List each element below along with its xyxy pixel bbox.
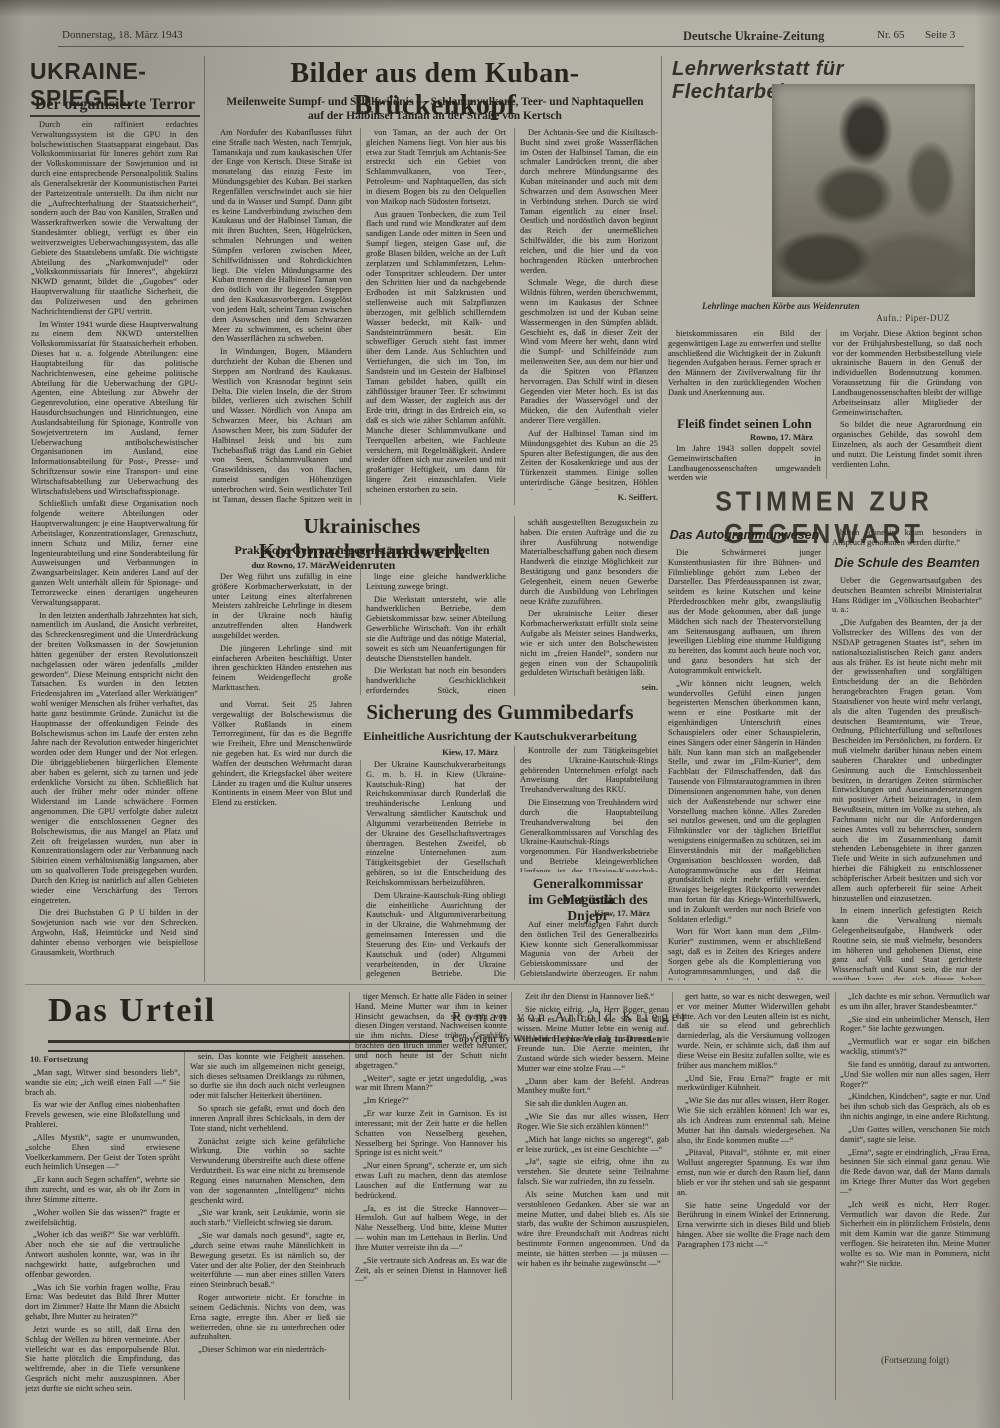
roman-column-3: tiger Mensch. Er hatte alle Fäden in sei… bbox=[355, 992, 507, 1404]
page-number: Seite 3 bbox=[925, 29, 955, 41]
autogramm-body: Die Schwärmerei junger Kunstenthusiasten… bbox=[668, 548, 821, 980]
kuban-column-3: Der Achtanis-See und die Kisiltasch-Buch… bbox=[520, 128, 658, 490]
column-rule bbox=[826, 329, 827, 479]
headline-gummibedarf: Sicherung des Gummibedarfs bbox=[348, 700, 652, 725]
flecht-column-1: bietskommissaren ein Bild der gegenwärti… bbox=[668, 329, 821, 413]
column-rule bbox=[204, 56, 205, 982]
roman-column-1: „Man sagt, Witwer sind besonders lieb“, … bbox=[25, 1068, 180, 1404]
korbmacher-column-2: linge eine gleiche handwerkliche Leistun… bbox=[366, 572, 506, 696]
gummibedarf-dateline: Kiew, 17. März bbox=[366, 747, 498, 757]
column-rule bbox=[511, 992, 512, 1400]
korbmacher-column-3: schäft ausgestellten Bezugsschein zu hab… bbox=[520, 518, 658, 680]
terror-article-tail: und Vorrat. Seit 25 Jahren vergewaltigt … bbox=[212, 700, 352, 980]
column-rule bbox=[360, 128, 361, 505]
fleiss-dateline: Rowno, 17. März bbox=[668, 432, 813, 442]
kuban-column-2: von Taman, an der auch der Ort gleichen … bbox=[366, 128, 506, 504]
roman-column-5: gert hatte, so war es nicht deswegen, we… bbox=[677, 992, 830, 1404]
gummibedarf-subtitle: Einheitliche Ausrichtung der Kautschukve… bbox=[348, 729, 652, 744]
photo-caption: Lehrlinge machen Körbe aus Weidenruten bbox=[702, 301, 962, 311]
section-rule bbox=[25, 984, 985, 985]
masthead: Deutsche Ukraine-Zeitung bbox=[683, 29, 824, 44]
column-rule bbox=[360, 565, 361, 695]
column-rule bbox=[661, 56, 662, 982]
gummibedarf-column-a: Der Ukraine Kautschukverarbeitungs G. m.… bbox=[366, 760, 506, 980]
roman-column-6: „Ich dachte es mir schon. Vermutlich war… bbox=[840, 992, 990, 1348]
roman-installment: 10. Fortsetzung bbox=[30, 1054, 88, 1064]
column-rule bbox=[349, 992, 350, 1400]
magunia-dateline: Kiew, 17. März bbox=[520, 908, 650, 918]
fleiss-column-1: Im Jahre 1943 sollen doppelt soviel Geme… bbox=[668, 444, 821, 480]
kuban-subtitle-2: auf der Halbinsel Taman an der Straße vo… bbox=[212, 110, 658, 122]
article-title-terror: Der organisierte Terror bbox=[30, 96, 200, 114]
column-rule bbox=[514, 746, 515, 980]
issue-number: Nr. 65 bbox=[877, 29, 905, 41]
photo-lehrwerkstatt bbox=[772, 84, 975, 297]
stimmen-col2-intro: bitten ohnehin kaum besonders in Anspruc… bbox=[832, 528, 982, 550]
roman-column-4: Zeit ihr den Dienst in Hannover ließ.“Si… bbox=[517, 992, 669, 1404]
page-date: Donnerstag, 18. März 1943 bbox=[62, 29, 183, 41]
gummibedarf-column-b: Kontrolle der zum Tätigkeitsgebiet des U… bbox=[520, 746, 658, 872]
fleiss-title: Fleiß findet seinen Lohn bbox=[668, 416, 821, 432]
headline-roman: Das Urteil bbox=[48, 992, 216, 1030]
korbmacher-column-1: Der Weg führt uns zufällig in eine größe… bbox=[212, 572, 352, 696]
flecht-column-2: im Vorjahr. Diese Aktion beginnt schon v… bbox=[832, 329, 982, 480]
kuban-subtitle-1: Meilenweite Sumpf- und Schilfwildnis — S… bbox=[212, 96, 658, 108]
article-body-terror: Durch ein raffiniert erdachtes Verwaltun… bbox=[31, 120, 198, 980]
schule-body: Ueber die Gegenwartsaufgaben des deutsch… bbox=[832, 576, 982, 980]
korbmacher-signature: sein. bbox=[520, 682, 658, 692]
column-rule bbox=[184, 1050, 185, 1400]
magunia-body: Auf einer mehrtägigen Fahrt durch den ös… bbox=[520, 920, 658, 980]
column-rule bbox=[360, 760, 361, 980]
roman-continuation: (Fortsetzung folgt) bbox=[840, 1355, 990, 1365]
column-rule bbox=[514, 516, 515, 696]
kuban-signature: K. Seiffert. bbox=[520, 492, 658, 502]
kuban-column-1: Am Nordufer des Kubanflusses führt eine … bbox=[212, 128, 352, 504]
column-rule bbox=[672, 992, 673, 1400]
header-rule bbox=[58, 46, 964, 47]
roman-column-2: sein. Das konnte wie Feigheit aussehen. … bbox=[190, 1052, 345, 1404]
column-rule bbox=[835, 992, 836, 1400]
korbmacher-dateline: duz Rowno, 17. März bbox=[212, 560, 330, 570]
schule-title: Die Schule des Beamten bbox=[832, 556, 982, 570]
autogramm-title: Das Autogrammunwesen bbox=[668, 528, 821, 542]
newspaper-page: Donnerstag, 18. März 1943 Deutsche Ukrai… bbox=[0, 0, 1000, 1428]
column-rule bbox=[514, 128, 515, 505]
photo-credit: Aufn.: Piper-DUZ bbox=[700, 313, 950, 323]
column-rule bbox=[826, 528, 827, 980]
